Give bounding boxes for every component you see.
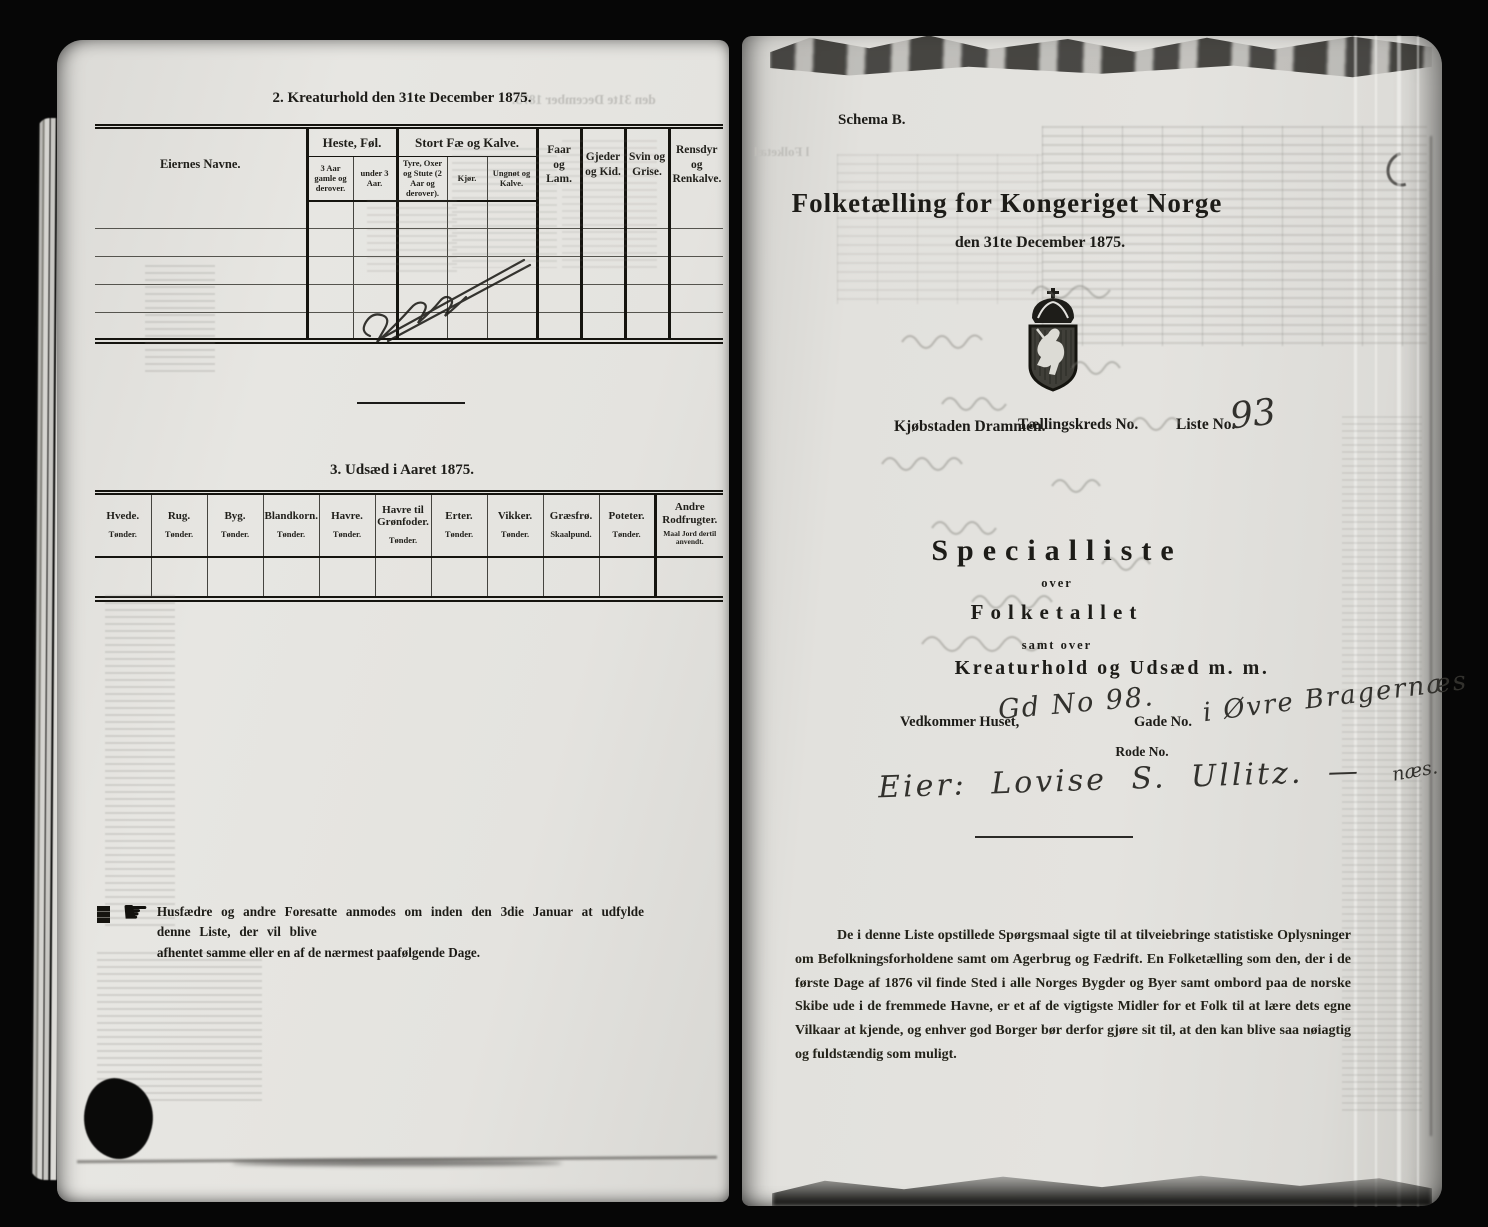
col-byg: Byg.Tønder. [207, 493, 263, 557]
kreaturhold-udsaed-label: Kreaturhold og Udsæd m. m. [832, 657, 1392, 680]
udsaed-table: Hvede.Tønder. Rug.Tønder. Byg.Tønder. Bl… [95, 490, 723, 602]
col-vikker: Vikker.Tønder. [487, 493, 543, 557]
column-group-heste: Heste, Føl. [307, 127, 397, 157]
bleed-through-text [452, 148, 557, 268]
scanned-book-spread: den 31te December 1875. 2. Kreaturhold d… [0, 0, 1488, 1227]
gade-no-label: Gade No. [1134, 714, 1192, 731]
subcol-tyre: Tyre, Oxer og Stute (2 Aar og derover). [397, 157, 447, 201]
col-erter: Erter.Tønder. [431, 493, 487, 557]
right-page: Schema B. l Folketæl Folketælling for Ko… [742, 36, 1442, 1206]
empty-cell [669, 201, 723, 229]
schema-label: Schema B. [838, 112, 906, 129]
empty-cell [263, 557, 319, 599]
printer-ornament-icon [97, 906, 110, 923]
empty-cell [543, 557, 599, 599]
bottom-edge-smudge [772, 1164, 1432, 1206]
bleed-through-text [562, 140, 657, 270]
form-title: Folketælling for Kongeriget Norge [742, 188, 1272, 219]
empty-cell [431, 557, 487, 599]
empty-cell [581, 313, 625, 341]
empty-cell [537, 313, 581, 341]
empty-cell [669, 313, 723, 341]
empty-cell [95, 557, 151, 599]
col-andre-rodfrugter: Andre Rodfrugter.Maal Jord dertil anvend… [655, 493, 723, 557]
bleed-through-text [367, 200, 457, 275]
handwritten-underline [975, 836, 1133, 838]
table3-header-row: Hvede.Tønder. Rug.Tønder. Byg.Tønder. Bl… [95, 493, 723, 557]
empty-cell [625, 285, 669, 313]
page-edge-line [1430, 136, 1432, 1136]
empty-cell [307, 285, 353, 313]
empty-cell [537, 285, 581, 313]
empty-cell [307, 257, 353, 285]
bleed-through-text [145, 265, 215, 375]
note-line-2: afhentet samme eller en af de nærmest pa… [157, 945, 480, 960]
subcol-3aar: 3 Aar gamle og derover. [307, 157, 353, 201]
rode-no-label: Rode No. [1082, 744, 1202, 760]
col-graesfro: Græsfrø.Skaalpund. [543, 493, 599, 557]
empty-cell [151, 557, 207, 599]
over-label: over [777, 576, 1337, 591]
empty-cell [375, 557, 431, 599]
empty-cell [207, 557, 263, 599]
bleed-through-fragment: l Folketæl [754, 144, 809, 160]
empty-cell [599, 557, 655, 599]
col-havre-gronfoder: Havre til Grønfoder.Tønder. [375, 493, 431, 557]
footer-note-text: Husfædre og andre Foresatte anmodes om i… [157, 902, 677, 963]
empty-cell [307, 313, 353, 341]
empty-table-row [95, 557, 723, 599]
empty-cell [95, 201, 307, 229]
table3-title: 3. Udsæd i Aaret 1875. [87, 462, 717, 479]
empty-cell [487, 557, 543, 599]
table2-title: 2. Kreaturhold den 31te December 1875. [87, 90, 717, 107]
section-divider-rule [357, 402, 465, 404]
empty-cell [307, 201, 353, 229]
crumpled-top-edge [770, 32, 1432, 90]
col-havre: Havre.Tønder. [319, 493, 375, 557]
empty-cell [581, 285, 625, 313]
samt-over-label: samt over [777, 638, 1337, 653]
manicule-icon: ☛ [122, 898, 149, 963]
form-date-line: den 31te December 1875. [762, 234, 1318, 252]
note-line-1: Husfædre og andre Foresatte anmodes om i… [157, 902, 677, 943]
bleed-through-column [105, 595, 175, 930]
instruction-paragraph: De i denne Liste opstillede Spørgsmaal s… [795, 924, 1351, 1067]
col-blandkorn: Blandkorn.Tønder. [263, 493, 319, 557]
col-rug: Rug.Tønder. [151, 493, 207, 557]
left-page: den 31te December 1875. 2. Kreaturhold d… [57, 40, 729, 1202]
col-hvede: Hvede.Tønder. [95, 493, 151, 557]
empty-cell [625, 313, 669, 341]
column-header-eiernes-navne: Eiernes Navne. [95, 127, 307, 201]
empty-cell [669, 257, 723, 285]
footer-note: ☛ Husfædre og andre Foresatte anmodes om… [97, 902, 677, 963]
empty-cell [669, 285, 723, 313]
page-crease-shadow [232, 1160, 562, 1166]
special-title: Specialliste [777, 534, 1337, 568]
empty-cell [95, 229, 307, 257]
empty-cell [307, 229, 353, 257]
folketallet-label: Folketallet [777, 600, 1337, 625]
column-header-rensdyr: Rensdyr og Renkalve. [669, 127, 723, 201]
empty-cell [669, 229, 723, 257]
col-poteter: Poteter.Tønder. [599, 493, 655, 557]
empty-cell [319, 557, 375, 599]
subcol-under3aar: under 3 Aar. [353, 157, 397, 201]
empty-cell [655, 557, 723, 599]
eier-handwritten: Eier: Lovise S. Ullitz. — [878, 754, 1362, 806]
